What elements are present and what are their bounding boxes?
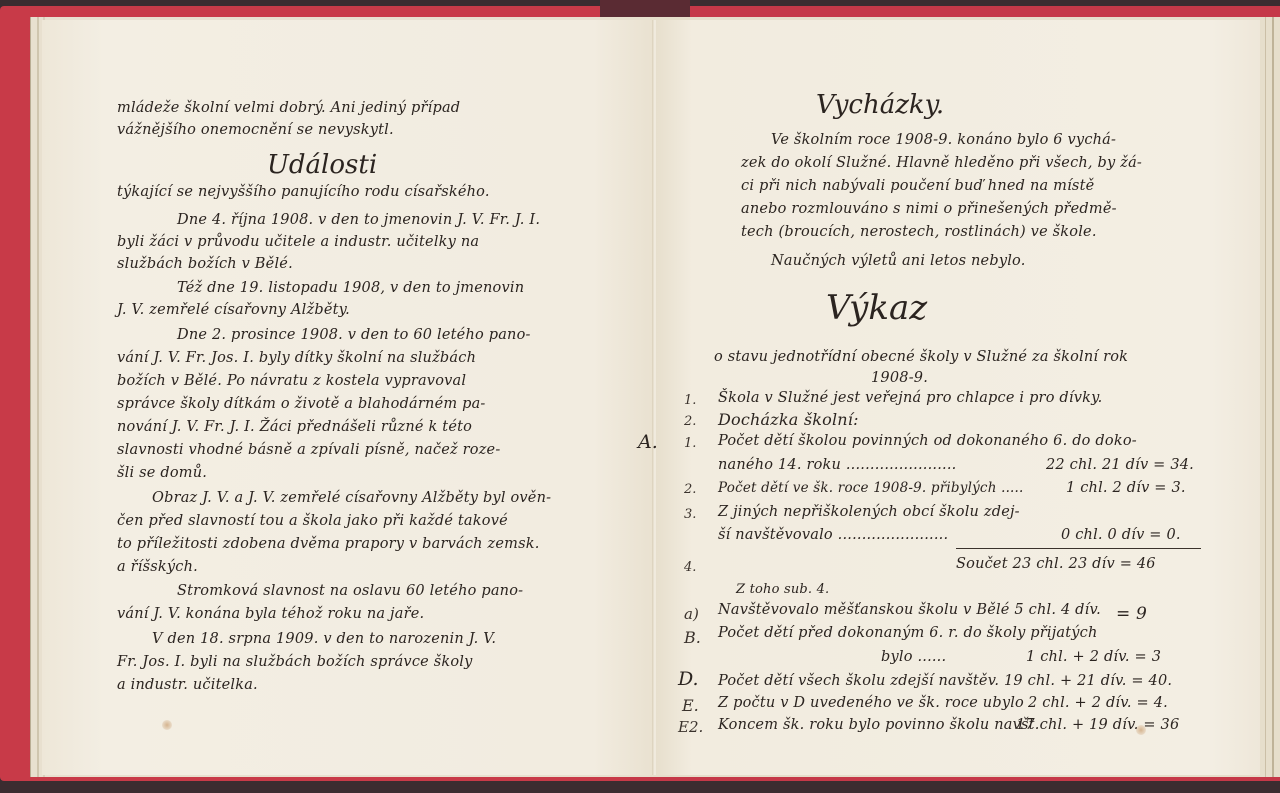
item-number: 3. [684,507,696,522]
item-text: Z jiných nepřiškolených obcí školu zdej- [718,504,1020,520]
trips-line: Naučných výletů ani letos nebylo. [771,253,1026,269]
item-text: Počet dětí všech školu zdejší navštěv. [718,673,999,689]
paragraph-line: Dne 4. října 1908. v den to jmenovin J. … [177,212,540,228]
paragraph-line: a industr. učitelka. [117,677,258,693]
item-number: 2. [684,414,696,429]
item-text: bylo ...... [881,649,946,665]
section-subtitle: týkající se nejvyššího panujícího rodu c… [117,184,490,200]
paper-stain [1136,725,1146,735]
item-number: 1. [684,393,696,408]
report-subtitle: o stavu jednotřídní obecné školy v Služn… [714,349,1128,365]
item-marker: E2. [678,718,703,736]
walks-line: ci při nich nabývali poučení buď hned na… [741,178,1094,194]
paragraph-line: božích v Bělé. Po návratu z kostela vypr… [117,373,466,389]
intro-line: vážnějšího onemocnění se nevyskytl. [117,122,394,138]
section-title: Události [267,150,377,180]
paragraph-line: nování J. V. Fr. J. I. Žáci přednášeli r… [117,419,472,435]
right-page: Vycházky. Ve školním roce 1908-9. konáno… [656,20,1260,775]
walks-line: Ve školním roce 1908-9. konáno bylo 6 vy… [771,132,1116,148]
paragraph-line: J. V. zemřelé císařovny Alžběty. [117,302,350,318]
paragraph-line: vání J. V. konána byla téhož roku na jař… [117,606,424,622]
paragraph-line: to příležitosti zdobena dvěma prapory v … [117,536,540,552]
paragraph-line: čen před slavností tou a škola jako při … [117,513,508,529]
item-text: naného 14. roku ....................... [718,457,956,473]
paragraph-line: Dne 2. prosince 1908. v den to 60 letého… [177,327,531,343]
item-marker: A. [638,431,658,453]
walks-line: tech (broucích, nerostech, rostlinách) v… [741,224,1097,240]
item-value: 17 chl. + 19 dív. = 36 [1016,717,1179,733]
item-text: Počet dětí ve šk. roce 1908-9. přibylých… [718,480,1024,496]
paragraph-line: vání J. V. Fr. Jos. I. byly dítky školní… [117,350,476,366]
paragraph-line: byli žáci v průvodu učitele a industr. u… [117,234,479,250]
paragraph-line: slavnosti vhodné básně a zpívali písně, … [117,442,500,458]
item-marker: a) [684,605,699,623]
item-text: Z počtu v D uvedeného ve šk. roce ubylo [718,695,1024,711]
book-scan: mládeže školní velmi dobrý. Ani jediný p… [0,0,1280,793]
item-value: 22 chl. 21 dív = 34. [1046,457,1194,473]
item-value: = 9 [1116,604,1147,624]
walks-line: zek do okolí Služné. Hlavně hleděno při … [741,155,1142,171]
item-marker: D. [678,668,699,690]
sum-rule [956,548,1201,549]
paragraph-line: Též dne 19. listopadu 1908, v den to jme… [177,280,524,296]
item-text: Koncem šk. roku bylo povinno školu navšt… [718,717,1040,733]
item-text: Docházka školní: [718,410,859,429]
paragraph-line: Obraz J. V. a J. V. zemřelé císařovny Al… [152,490,551,506]
paragraph-line: V den 18. srpna 1909. v den to narozenin… [152,631,496,647]
left-page: mládeže školní velmi dobrý. Ani jediný p… [42,20,654,775]
item-text: Škola v Služné jest veřejná pro chlapce … [718,390,1102,406]
item-value: 2 chl. + 2 dív. = 4. [1028,695,1168,711]
walks-line: anebo rozmlouváno s nimi o přinešených p… [741,201,1117,217]
item-text: Počet dětí školou povinných od dokonanéh… [718,433,1137,449]
item-number: 4. [684,560,696,575]
item-text: Počet dětí před dokonaným 6. r. do školy… [718,625,1098,641]
paragraph-line: službách božích v Bělé. [117,256,293,272]
item-number: 2. [684,482,696,497]
item-text: ší navštěvovalo ....................... [718,527,948,543]
paragraph-line: Stromková slavnost na oslavu 60 letého p… [177,583,523,599]
item-text: Z toho sub. 4. [736,582,829,597]
sum-value: Součet 23 chl. 23 dív = 46 [956,556,1156,572]
paragraph-line: správce školy dítkám o životě a blahodár… [117,396,486,412]
item-marker: E. [682,696,699,715]
report-year: 1908-9. [871,370,928,386]
report-title: Výkaz [826,288,927,328]
item-text: Navštěvovalo měšťanskou školu v Bělé 5 c… [718,602,1101,618]
paper-stain [162,720,172,730]
item-value: 1 chl. + 2 dív. = 3 [1026,649,1161,665]
walks-title: Vycházky. [816,90,944,120]
item-value: 0 chl. 0 dív = 0. [1061,527,1181,543]
item-marker: B. [684,628,701,647]
paragraph-line: Fr. Jos. I. byli na službách božích sprá… [117,654,473,670]
paragraph-line: a říšských. [117,559,198,575]
item-number: 1. [684,436,696,451]
intro-line: mládeže školní velmi dobrý. Ani jediný p… [117,100,460,116]
item-value: 19 chl. + 21 dív. = 40. [1004,673,1172,689]
item-value: 1 chl. 2 dív = 3. [1066,480,1186,496]
paragraph-line: šli se domů. [117,465,207,481]
